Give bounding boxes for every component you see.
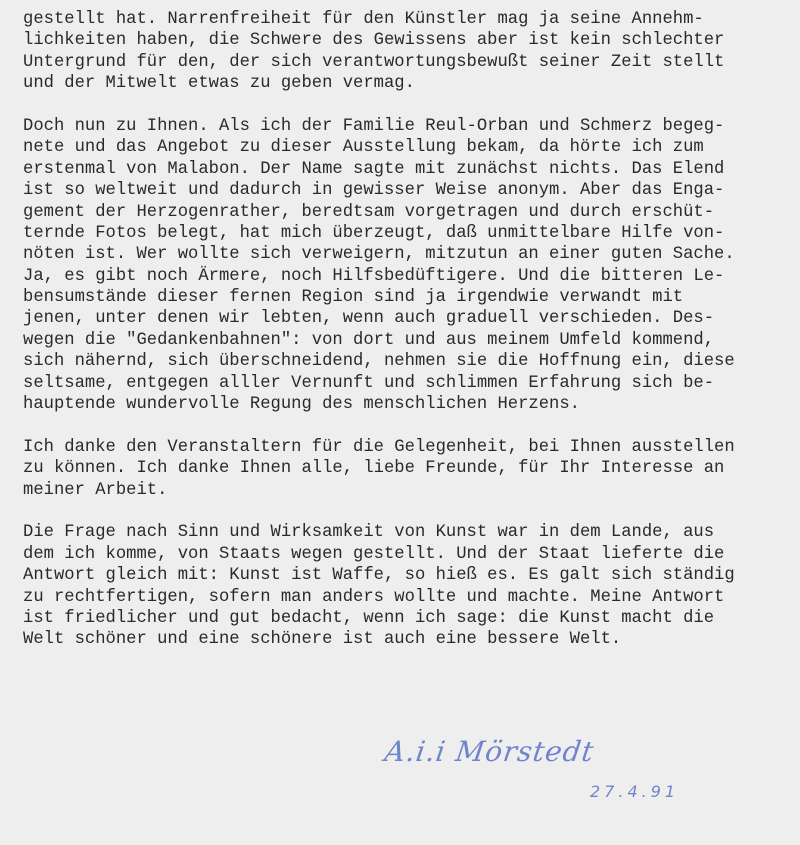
text-line: nöten ist. Wer wollte sich verweigern, m… (23, 244, 793, 265)
text-line: lichkeiten haben, die Schwere des Gewiss… (23, 30, 793, 51)
text-line: Ich danke den Veranstaltern für die Gele… (23, 437, 793, 458)
text-line: gement der Herzogenrather, beredtsam vor… (23, 202, 793, 223)
letter-body: gestellt hat. Narrenfreiheit für den Kün… (23, 9, 793, 672)
text-line: Untergrund für den, der sich verantwortu… (23, 52, 793, 73)
text-line: bensumstände dieser fernen Region sind j… (23, 287, 793, 308)
text-line: wegen die "Gedankenbahnen": von dort und… (23, 330, 793, 351)
text-line: seltsame, entgegen alller Vernunft und s… (23, 373, 793, 394)
text-line: Ja, es gibt noch Ärmere, noch Hilfsbedüf… (23, 266, 793, 287)
text-line: erstenmal von Malabon. Der Name sagte mi… (23, 159, 793, 180)
text-line: jenen, unter denen wir lebten, wenn auch… (23, 308, 793, 329)
text-line: Antwort gleich mit: Kunst ist Waffe, so … (23, 565, 793, 586)
text-line: Welt schöner und eine schönere ist auch … (23, 629, 793, 650)
paragraph-3: Ich danke den Veranstaltern für die Gele… (23, 437, 793, 501)
text-line: dem ich komme, von Staats wegen gestellt… (23, 544, 793, 565)
text-line: ternde Fotos belegt, hat mich überzeugt,… (23, 223, 793, 244)
text-line: nete und das Angebot zu dieser Ausstellu… (23, 137, 793, 158)
paragraph-2: Doch nun zu Ihnen. Als ich der Familie R… (23, 116, 793, 415)
text-line: gestellt hat. Narrenfreiheit für den Kün… (23, 9, 793, 30)
text-line: ist so weltweit und dadurch in gewisser … (23, 180, 793, 201)
paragraph-4: Die Frage nach Sinn und Wirksamkeit von … (23, 522, 793, 650)
text-line: sich nähernd, sich überschneidend, nehme… (23, 351, 793, 372)
text-line: zu können. Ich danke Ihnen alle, liebe F… (23, 458, 793, 479)
text-line: meiner Arbeit. (23, 480, 793, 501)
text-line: zu rechtfertigen, sofern man anders woll… (23, 587, 793, 608)
document-page: gestellt hat. Narrenfreiheit für den Kün… (0, 0, 800, 845)
text-line: Die Frage nach Sinn und Wirksamkeit von … (23, 522, 793, 543)
paragraph-1: gestellt hat. Narrenfreiheit für den Kün… (23, 9, 793, 95)
text-line: hauptende wundervolle Regung des menschl… (23, 394, 793, 415)
text-line: ist friedlicher und gut bedacht, wenn ic… (23, 608, 793, 629)
handwritten-date: 27.4.91 (590, 782, 679, 801)
text-line: Doch nun zu Ihnen. Als ich der Familie R… (23, 116, 793, 137)
handwritten-signature: A.i.i Mörstedt (383, 735, 597, 768)
text-line: und der Mitwelt etwas zu geben vermag. (23, 73, 793, 94)
